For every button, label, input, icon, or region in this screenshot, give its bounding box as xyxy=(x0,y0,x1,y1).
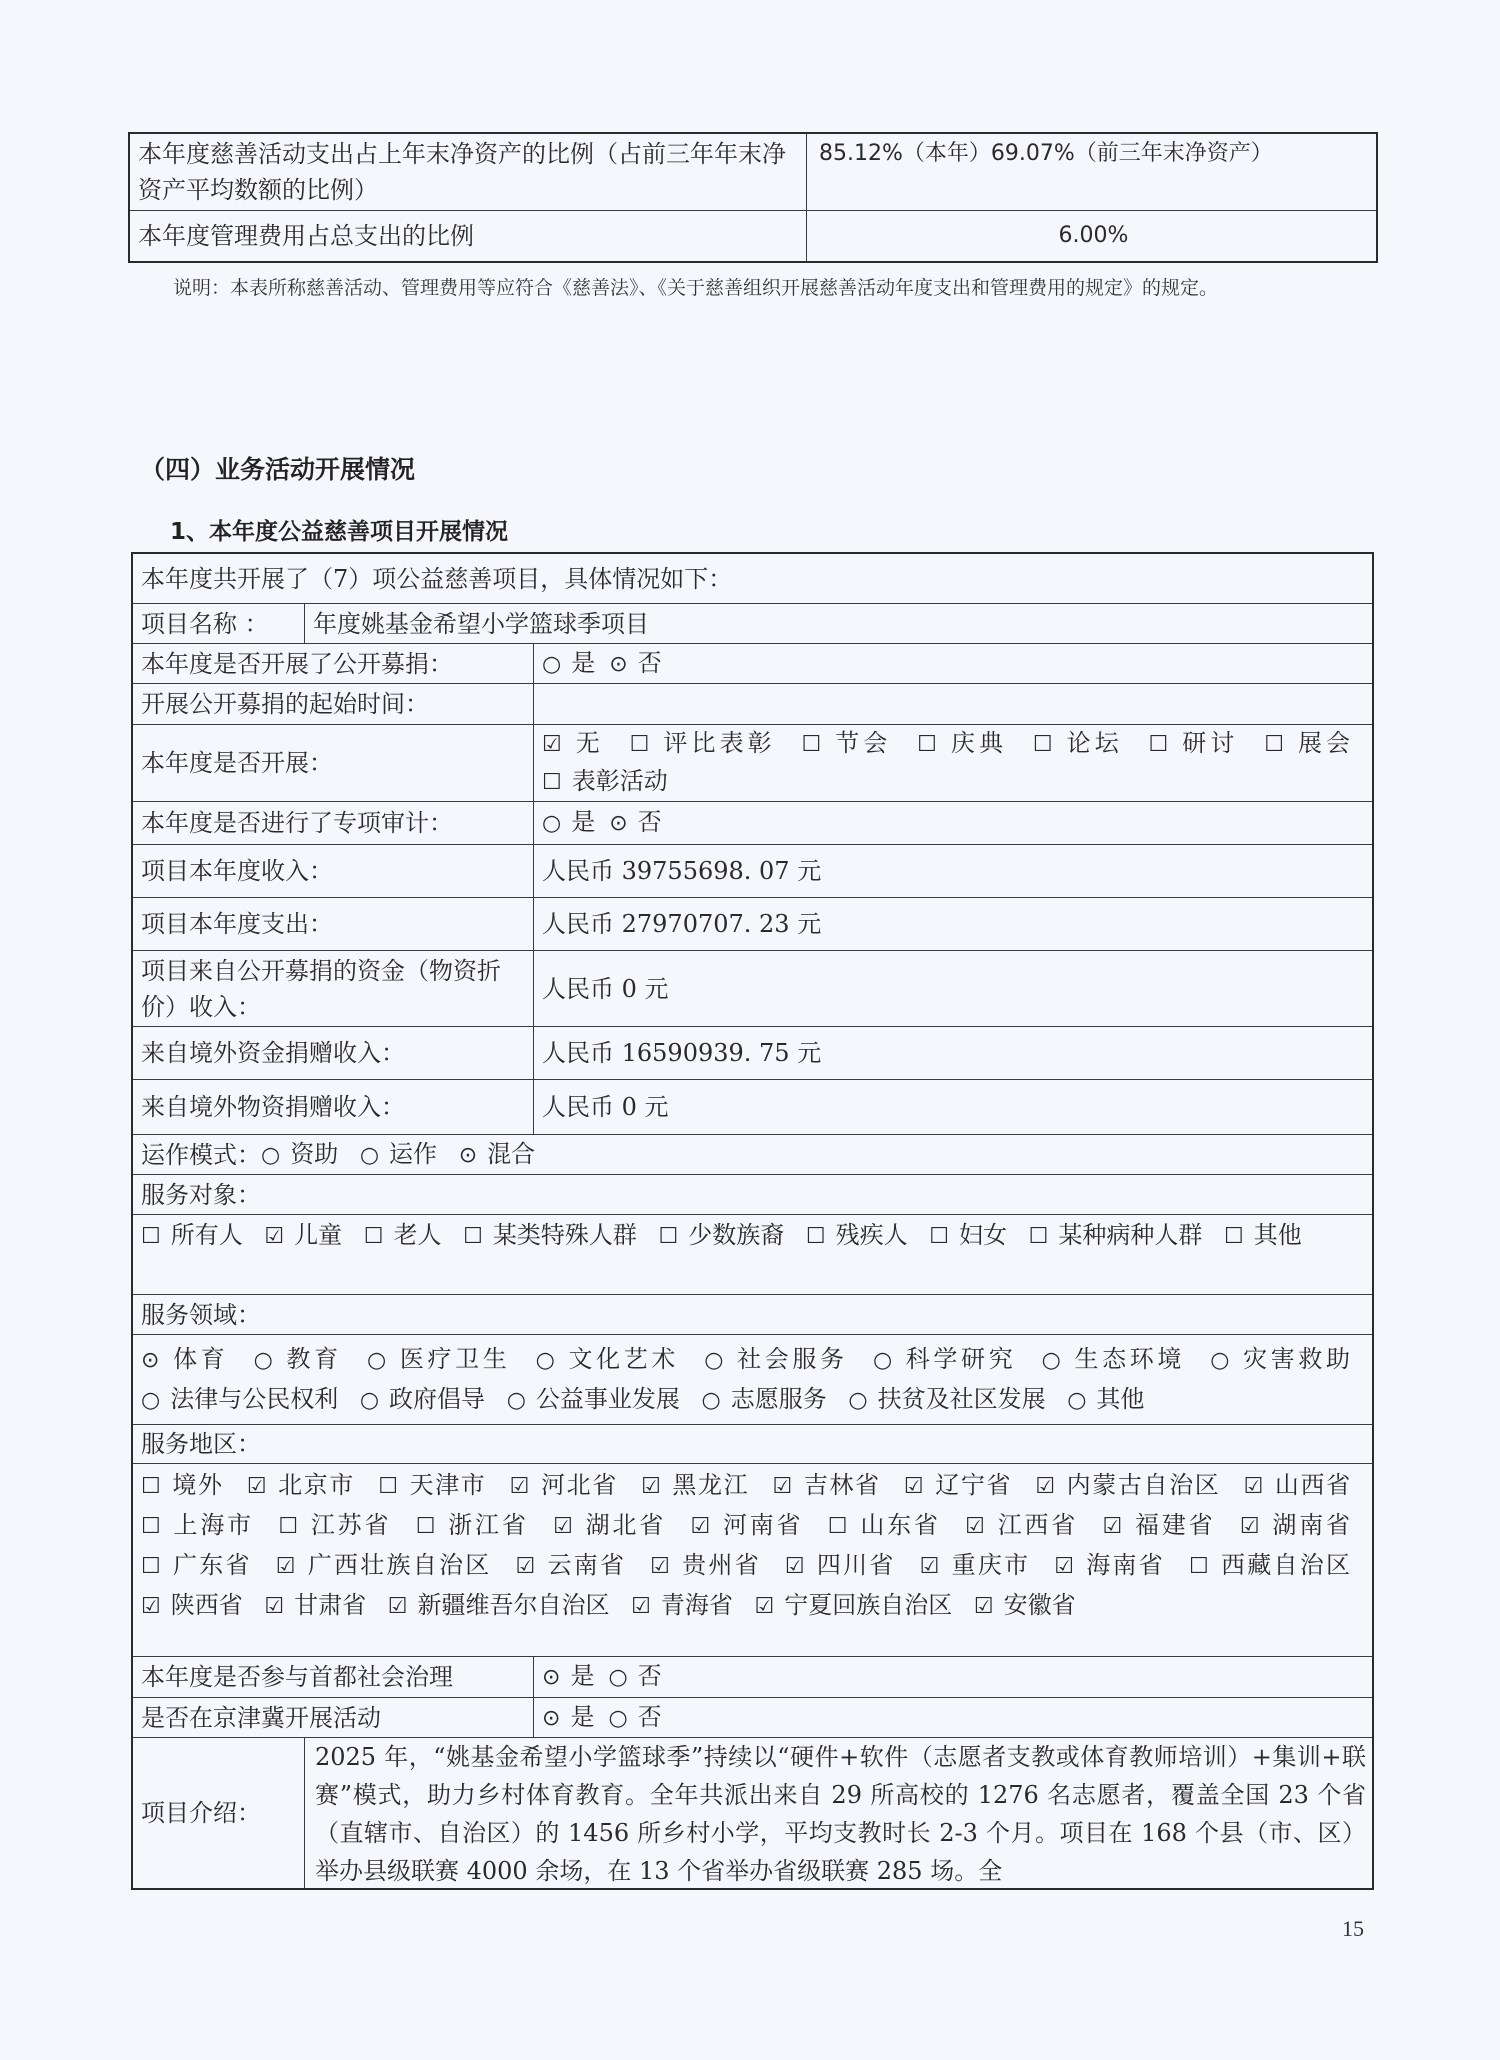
jingjinji-options: ⊙是 ○否 xyxy=(534,1698,1372,1737)
radio-option[interactable]: ○是 xyxy=(542,803,595,843)
option-label: 江苏省 xyxy=(308,1511,391,1539)
charity-expense-ratio-row: 本年度慈善活动支出占上年末净资产的比例（占前三年年末净资产平均数额的比例） 85… xyxy=(129,133,1377,211)
public-income-value: 人民币 0 元 xyxy=(534,951,1372,1026)
checkbox-option[interactable]: ☐庆典 xyxy=(917,729,1007,757)
management-fee-ratio-row: 本年度管理费用占总支出的比例 6.00% xyxy=(129,211,1377,263)
checkbox-checked-icon[interactable]: ☑ xyxy=(904,1468,924,1506)
option-label: 社会服务 xyxy=(734,1345,848,1373)
radio-unselected-icon[interactable]: ○ xyxy=(367,1341,386,1380)
option-label: 否 xyxy=(638,1703,662,1731)
option-label: 江西省 xyxy=(995,1511,1078,1539)
checkbox-unchecked-icon[interactable]: ☐ xyxy=(141,1468,161,1506)
radio-unselected-icon[interactable]: ○ xyxy=(702,1381,721,1420)
option-label: 节会 xyxy=(831,729,891,757)
radio-option[interactable]: ○是 xyxy=(542,644,595,684)
project-name-row: 项目名称 ： 年度姚基金希望小学篮球季项目 xyxy=(133,603,1372,643)
option-label: 河北省 xyxy=(539,1471,617,1499)
radio-option[interactable]: ○社会服务 xyxy=(704,1345,847,1373)
option-label: 浙江省 xyxy=(445,1511,528,1539)
fundraising-start-label: 开展公开募捐的起始时间： xyxy=(133,684,534,724)
operation-mode: 运作模式： ○资助 ○运作 ⊙混合 xyxy=(133,1135,1372,1174)
checkbox-option[interactable]: ☑青海省 xyxy=(631,1591,733,1619)
checkbox-option[interactable]: ☑吉林省 xyxy=(773,1471,881,1499)
option-label: 无 xyxy=(572,729,604,757)
overseas-goods-label: 来自境外物资捐赠收入： xyxy=(133,1080,534,1134)
checkbox-option[interactable]: ☑江西省 xyxy=(965,1511,1078,1539)
checkbox-checked-icon[interactable]: ☑ xyxy=(141,1588,161,1626)
overseas-cash-value: 人民币 16590939. 75 元 xyxy=(534,1027,1372,1079)
option-label: 是 xyxy=(571,808,595,836)
checkbox-option[interactable]: ☐残疾人 xyxy=(806,1221,908,1249)
special-audit-label: 本年度是否进行了专项审计： xyxy=(133,802,534,844)
checkbox-unchecked-icon[interactable]: ☐ xyxy=(1264,726,1284,763)
option-label: 体育 xyxy=(169,1345,228,1373)
option-label: 广西壮族自治区 xyxy=(305,1551,491,1579)
option-label: 政府倡导 xyxy=(389,1385,485,1413)
checkbox-unchecked-icon[interactable]: ☐ xyxy=(542,764,562,801)
checkbox-option[interactable]: ☑辽宁省 xyxy=(904,1471,1012,1499)
checkbox-checked-icon[interactable]: ☑ xyxy=(1240,1508,1260,1546)
radio-option[interactable]: ○扶贫及社区发展 xyxy=(848,1385,1045,1413)
checkbox-unchecked-icon[interactable]: ☐ xyxy=(141,1508,161,1546)
checkbox-option[interactable]: ☑福建省 xyxy=(1103,1511,1216,1539)
option-label: 论坛 xyxy=(1063,729,1123,757)
checkbox-option[interactable]: ☐江苏省 xyxy=(278,1511,391,1539)
checkbox-option[interactable]: ☐某类特殊人群 xyxy=(463,1221,637,1249)
option-label: 福建省 xyxy=(1132,1511,1215,1539)
checkbox-checked-icon[interactable]: ☑ xyxy=(553,1508,573,1546)
service-targets-options: ☐所有人 ☑儿童 ☐老人 ☐某类特殊人群 ☐少数族裔 ☐残疾人 ☐妇女 ☐某种病… xyxy=(133,1215,1372,1294)
option-label: 重庆市 xyxy=(949,1551,1030,1579)
option-label: 广东省 xyxy=(171,1551,252,1579)
service-regions-label: 服务地区： xyxy=(133,1425,1372,1463)
radio-unselected-icon[interactable]: ○ xyxy=(141,1381,160,1420)
radio-option[interactable]: ⊙否 xyxy=(609,644,661,684)
checkbox-unchecked-icon[interactable]: ☐ xyxy=(929,1218,949,1256)
option-label: 是 xyxy=(571,649,595,677)
option-label: 吉林省 xyxy=(802,1471,880,1499)
radio-unselected-icon[interactable]: ○ xyxy=(1042,1341,1061,1380)
checkbox-option[interactable]: ☑河北省 xyxy=(510,1471,618,1499)
radio-option[interactable]: ○科学研究 xyxy=(873,1345,1016,1373)
public-fundraising-label: 本年度是否开展了公开募捐： xyxy=(133,644,534,683)
option-label: 某类特殊人群 xyxy=(493,1221,637,1249)
service-targets-header-row: 服务对象： xyxy=(133,1174,1372,1214)
checkbox-checked-icon[interactable]: ☑ xyxy=(542,726,562,763)
checkbox-option[interactable]: ☐表彰活动 xyxy=(542,767,668,795)
checkbox-option[interactable]: ☑广西壮族自治区 xyxy=(276,1551,492,1579)
checkbox-option[interactable]: ☑云南省 xyxy=(515,1551,626,1579)
radio-unselected-icon[interactable]: ○ xyxy=(848,1381,867,1420)
option-label: 是 xyxy=(570,1703,594,1731)
public-fundraising-row: 本年度是否开展了公开募捐： ○是 ⊙否 xyxy=(133,643,1372,683)
checkbox-option[interactable]: ☑山西省 xyxy=(1244,1471,1351,1499)
radio-option[interactable]: ○灾害救助 xyxy=(1210,1345,1350,1373)
checkbox-unchecked-icon[interactable]: ☐ xyxy=(1033,726,1053,763)
option-label: 文化艺术 xyxy=(565,1345,679,1373)
radio-unselected-icon[interactable]: ○ xyxy=(360,1381,379,1420)
table-note: 说明：本表所称慈善活动、管理费用等应符合《慈善法》、《关于慈善组织开展慈善活动年… xyxy=(145,268,1375,308)
radio-unselected-icon[interactable]: ○ xyxy=(261,1137,280,1175)
option-label: 评比表彰 xyxy=(659,729,775,757)
checkbox-checked-icon[interactable]: ☑ xyxy=(264,1588,284,1626)
service-fields-label: 服务领域： xyxy=(133,1295,1372,1334)
service-regions-options: ☐境外 ☑北京市 ☐天津市 ☑河北省 ☑黑龙江 ☑吉林省 ☑辽宁省 ☑内蒙古自治… xyxy=(133,1464,1372,1656)
option-label: 甘肃省 xyxy=(294,1591,366,1619)
checkbox-checked-icon[interactable]: ☑ xyxy=(641,1468,661,1506)
checkbox-option[interactable]: ☐浙江省 xyxy=(416,1511,529,1539)
checkbox-option[interactable]: ☑甘肃省 xyxy=(264,1591,366,1619)
checkbox-option[interactable]: ☑四川省 xyxy=(785,1551,896,1579)
option-label: 法律与公民权利 xyxy=(170,1385,338,1413)
overseas-cash-label: 来自境外资金捐赠收入： xyxy=(133,1027,534,1079)
option-label: 天津市 xyxy=(408,1471,486,1499)
checkbox-option[interactable]: ☑重庆市 xyxy=(920,1551,1031,1579)
checkbox-unchecked-icon[interactable]: ☐ xyxy=(141,1548,161,1586)
checkbox-option[interactable]: ☑儿童 xyxy=(264,1221,342,1249)
checkbox-unchecked-icon[interactable]: ☐ xyxy=(630,726,650,763)
option-label: 山东省 xyxy=(858,1511,941,1539)
checkbox-option[interactable]: ☐论坛 xyxy=(1033,729,1123,757)
option-label: 上海市 xyxy=(171,1511,254,1539)
radio-selected-icon[interactable]: ⊙ xyxy=(609,805,627,843)
option-label: 宁夏回族自治区 xyxy=(784,1591,952,1619)
checkbox-checked-icon[interactable]: ☑ xyxy=(1035,1468,1055,1506)
radio-option[interactable]: ○文化艺术 xyxy=(536,1345,679,1373)
option-label: 陕西省 xyxy=(171,1591,243,1619)
checkbox-unchecked-icon[interactable]: ☐ xyxy=(801,726,821,763)
checkbox-option[interactable]: ☐研讨 xyxy=(1149,729,1239,757)
project-intro-label: 项目介绍： xyxy=(133,1738,305,1888)
option-label: 云南省 xyxy=(545,1551,626,1579)
radio-unselected-icon[interactable]: ○ xyxy=(536,1341,555,1380)
option-label: 青海省 xyxy=(661,1591,733,1619)
checkbox-option[interactable]: ☐天津市 xyxy=(378,1471,486,1499)
radio-selected-icon[interactable]: ⊙ xyxy=(609,646,627,684)
option-label: 湖南省 xyxy=(1270,1511,1350,1539)
option-label: 表彰活动 xyxy=(572,767,668,795)
checkbox-checked-icon[interactable]: ☑ xyxy=(920,1548,940,1586)
service-regions-header-row: 服务地区： xyxy=(133,1424,1372,1463)
fundraising-start-value xyxy=(534,684,1372,724)
option-label: 混合 xyxy=(487,1140,535,1168)
checkbox-checked-icon[interactable]: ☑ xyxy=(650,1548,670,1586)
checkbox-option[interactable]: ☑无 xyxy=(542,729,604,757)
radio-unselected-icon[interactable]: ○ xyxy=(608,1659,627,1697)
radio-option[interactable]: ○否 xyxy=(608,1698,661,1738)
expense-value: 人民币 27970707. 23 元 xyxy=(534,898,1372,950)
expense-row: 项目本年度支出： 人民币 27970707. 23 元 xyxy=(133,897,1372,950)
checkbox-option[interactable]: ☐上海市 xyxy=(141,1511,254,1539)
special-audit-row: 本年度是否进行了专项审计： ○是 ⊙否 xyxy=(133,801,1372,844)
option-label: 新疆维吾尔自治区 xyxy=(417,1591,609,1619)
operation-mode-row: 运作模式： ○资助 ○运作 ⊙混合 xyxy=(133,1134,1372,1174)
overseas-cash-row: 来自境外资金捐赠收入： 人民币 16590939. 75 元 xyxy=(133,1026,1372,1079)
option-label: 境外 xyxy=(171,1471,224,1499)
checkbox-option[interactable]: ☑新疆维吾尔自治区 xyxy=(388,1591,610,1619)
option-label: 内蒙古自治区 xyxy=(1065,1471,1220,1499)
section-title: （四）业务活动开展情况 xyxy=(140,450,415,486)
option-label: 西藏自治区 xyxy=(1219,1551,1350,1579)
radio-option[interactable]: ○医疗卫生 xyxy=(367,1345,510,1373)
checkbox-checked-icon[interactable]: ☑ xyxy=(1103,1508,1123,1546)
radio-option[interactable]: ○生态环境 xyxy=(1042,1345,1185,1373)
checkbox-option[interactable]: ☑陕西省 xyxy=(141,1591,243,1619)
checkbox-option[interactable]: ☑河南省 xyxy=(690,1511,803,1539)
checkbox-option[interactable]: ☐妇女 xyxy=(929,1221,1007,1249)
option-label: 海南省 xyxy=(1084,1551,1165,1579)
checkbox-unchecked-icon[interactable]: ☐ xyxy=(364,1218,384,1256)
checkbox-option[interactable]: ☐所有人 xyxy=(141,1221,243,1249)
management-fee-ratio-label: 本年度管理费用占总支出的比例 xyxy=(129,211,807,263)
public-fundraising-options: ○是 ⊙否 xyxy=(534,644,1372,683)
checkbox-checked-icon[interactable]: ☑ xyxy=(276,1548,296,1586)
checkbox-option[interactable]: ☑黑龙江 xyxy=(641,1471,749,1499)
radio-option[interactable]: ⊙否 xyxy=(609,803,661,843)
checkbox-checked-icon[interactable]: ☑ xyxy=(974,1588,994,1626)
radio-option[interactable]: ○否 xyxy=(608,1657,661,1697)
option-label: 湖北省 xyxy=(583,1511,666,1539)
checkbox-option[interactable]: ☑湖北省 xyxy=(553,1511,666,1539)
radio-option[interactable]: ○公益事业发展 xyxy=(507,1385,680,1413)
checkbox-checked-icon[interactable]: ☑ xyxy=(1244,1468,1264,1506)
radio-option[interactable]: ○志愿服务 xyxy=(702,1385,827,1413)
charity-expense-ratio-value: 85.12%（本年）69.07%（前三年末净资产） xyxy=(807,133,1378,211)
radio-option[interactable]: ⊙混合 xyxy=(459,1140,535,1168)
radio-unselected-icon[interactable]: ○ xyxy=(873,1341,892,1380)
checkbox-checked-icon[interactable]: ☑ xyxy=(965,1508,985,1546)
option-label: 庆典 xyxy=(947,729,1007,757)
option-label: 展会 xyxy=(1294,729,1350,757)
option-label: 否 xyxy=(638,1662,662,1690)
checkbox-checked-icon[interactable]: ☑ xyxy=(388,1588,408,1626)
checkbox-option[interactable]: ☐山东省 xyxy=(828,1511,941,1539)
option-label: 某种病种人群 xyxy=(1058,1221,1202,1249)
checkbox-option[interactable]: ☑湖南省 xyxy=(1240,1511,1350,1539)
checkbox-option[interactable]: ☐节会 xyxy=(801,729,891,757)
option-label: 残疾人 xyxy=(836,1221,908,1249)
option-label: 科学研究 xyxy=(902,1345,1016,1373)
radio-selected-icon[interactable]: ⊙ xyxy=(542,1659,560,1697)
option-label: 志愿服务 xyxy=(731,1385,827,1413)
radio-option[interactable]: ○资助 xyxy=(261,1140,338,1168)
option-label: 河南省 xyxy=(720,1511,803,1539)
option-label: 辽宁省 xyxy=(934,1471,1012,1499)
checkbox-unchecked-icon[interactable]: ☐ xyxy=(463,1218,483,1256)
radio-option[interactable]: ○政府倡导 xyxy=(360,1385,485,1413)
checkbox-unchecked-icon[interactable]: ☐ xyxy=(806,1218,826,1256)
operation-mode-options: ○资助 ○运作 ⊙混合 xyxy=(261,1135,535,1175)
activities-label: 本年度是否开展： xyxy=(133,725,534,801)
checkbox-checked-icon[interactable]: ☑ xyxy=(510,1468,530,1506)
checkbox-unchecked-icon[interactable]: ☐ xyxy=(917,726,937,763)
capital-governance-label: 本年度是否参与首都社会治理 xyxy=(133,1657,534,1697)
checkbox-unchecked-icon[interactable]: ☐ xyxy=(1224,1218,1244,1256)
checkbox-unchecked-icon[interactable]: ☐ xyxy=(278,1508,298,1546)
option-label: 北京市 xyxy=(277,1471,355,1499)
option-label: 灾害救助 xyxy=(1239,1345,1350,1373)
activities-options: ☑无 ☐评比表彰 ☐节会 ☐庆典 ☐论坛 ☐研讨 ☐展会 ☐表彰活动 xyxy=(534,725,1372,801)
checkbox-checked-icon[interactable]: ☑ xyxy=(1054,1548,1074,1586)
option-label: 其他 xyxy=(1096,1385,1144,1413)
section-subtitle: 1、本年度公益慈善项目开展情况 xyxy=(170,513,508,546)
checkbox-option[interactable]: ☑宁夏回族自治区 xyxy=(755,1591,953,1619)
radio-selected-icon[interactable]: ⊙ xyxy=(459,1137,477,1175)
checkbox-option[interactable]: ☑内蒙古自治区 xyxy=(1035,1471,1220,1499)
operation-mode-label: 运作模式： xyxy=(141,1136,261,1174)
checkbox-checked-icon[interactable]: ☑ xyxy=(247,1468,267,1506)
radio-unselected-icon[interactable]: ○ xyxy=(608,1700,627,1738)
overseas-goods-value: 人民币 0 元 xyxy=(534,1080,1372,1134)
checkbox-unchecked-icon[interactable]: ☐ xyxy=(141,1218,161,1256)
service-regions-row: ☐境外 ☑北京市 ☐天津市 ☑河北省 ☑黑龙江 ☑吉林省 ☑辽宁省 ☑内蒙古自治… xyxy=(133,1463,1372,1656)
option-label: 医疗卫生 xyxy=(396,1345,510,1373)
project-table: 本年度共开展了（7）项公益慈善项目，具体情况如下： 项目名称 ： 年度姚基金希望… xyxy=(131,552,1374,1890)
charity-expense-ratio-label: 本年度慈善活动支出占上年末净资产的比例（占前三年年末净资产平均数额的比例） xyxy=(129,133,807,211)
checkbox-unchecked-icon[interactable]: ☐ xyxy=(659,1218,679,1256)
service-targets-row: ☐所有人 ☑儿童 ☐老人 ☐某类特殊人群 ☐少数族裔 ☐残疾人 ☐妇女 ☐某种病… xyxy=(133,1214,1372,1294)
jingjinji-row: 是否在京津冀开展活动 ⊙是 ○否 xyxy=(133,1697,1372,1737)
special-audit-options: ○是 ⊙否 xyxy=(534,802,1372,844)
radio-unselected-icon[interactable]: ○ xyxy=(360,1137,379,1175)
option-label: 少数族裔 xyxy=(688,1221,784,1249)
checkbox-unchecked-icon[interactable]: ☐ xyxy=(378,1468,398,1506)
checkbox-checked-icon[interactable]: ☑ xyxy=(755,1588,775,1626)
service-fields-row: ⊙体育 ○教育 ○医疗卫生 ○文化艺术 ○社会服务 ○科学研究 ○生态环境 ○灾… xyxy=(133,1334,1372,1424)
checkbox-checked-icon[interactable]: ☑ xyxy=(785,1548,805,1586)
radio-option[interactable]: ○教育 xyxy=(254,1345,342,1373)
radio-option[interactable]: ○其他 xyxy=(1067,1385,1144,1413)
income-value: 人民币 39755698. 07 元 xyxy=(534,845,1372,897)
jingjinji-label: 是否在京津冀开展活动 xyxy=(133,1698,534,1737)
radio-option[interactable]: ⊙体育 xyxy=(141,1345,228,1373)
radio-unselected-icon[interactable]: ○ xyxy=(507,1381,526,1420)
income-row: 项目本年度收入： 人民币 39755698. 07 元 xyxy=(133,844,1372,897)
checkbox-checked-icon[interactable]: ☑ xyxy=(264,1218,284,1256)
option-label: 研讨 xyxy=(1178,729,1238,757)
radio-unselected-icon[interactable]: ○ xyxy=(542,805,561,843)
capital-governance-options: ⊙是 ○否 xyxy=(534,1657,1372,1697)
checkbox-unchecked-icon[interactable]: ☐ xyxy=(828,1508,848,1546)
option-label: 教育 xyxy=(283,1345,342,1373)
checkbox-unchecked-icon[interactable]: ☐ xyxy=(416,1508,436,1546)
radio-option[interactable]: ○法律与公民权利 xyxy=(141,1385,338,1413)
income-label: 项目本年度收入： xyxy=(133,845,534,897)
radio-option[interactable]: ⊙是 xyxy=(542,1698,594,1738)
checkbox-option[interactable]: ☑北京市 xyxy=(247,1471,355,1499)
option-label: 生态环境 xyxy=(1071,1345,1185,1373)
option-label: 公益事业发展 xyxy=(536,1385,680,1413)
option-label: 儿童 xyxy=(294,1221,342,1249)
checkbox-option[interactable]: ☑安徽省 xyxy=(974,1591,1076,1619)
option-label: 黑龙江 xyxy=(671,1471,749,1499)
public-income-label: 项目来自公开募捐的资金（物资折价）收入： xyxy=(133,951,534,1026)
project-intro-row: 项目介绍： 2025 年，“姚基金希望小学篮球季”持续以“硬件+软件（志愿者支教… xyxy=(133,1737,1372,1888)
checkbox-option[interactable]: ☑海南省 xyxy=(1054,1551,1165,1579)
checkbox-option[interactable]: ☐广东省 xyxy=(141,1551,252,1579)
checkbox-unchecked-icon[interactable]: ☐ xyxy=(1029,1218,1049,1256)
checkbox-checked-icon[interactable]: ☑ xyxy=(773,1468,793,1506)
page-number: 15 xyxy=(1342,1916,1364,1942)
radio-option[interactable]: ⊙是 xyxy=(542,1657,594,1697)
radio-selected-icon[interactable]: ⊙ xyxy=(542,1700,560,1738)
option-label: 否 xyxy=(638,808,662,836)
project-name-value: 年度姚基金希望小学篮球季项目 xyxy=(305,604,1372,643)
management-fee-ratio-value: 6.00% xyxy=(807,211,1378,263)
radio-unselected-icon[interactable]: ○ xyxy=(542,646,561,684)
radio-unselected-icon[interactable]: ○ xyxy=(1210,1341,1229,1380)
checkbox-option[interactable]: ☐其他 xyxy=(1224,1221,1302,1249)
fundraising-start-row: 开展公开募捐的起始时间： xyxy=(133,683,1372,724)
checkbox-option[interactable]: ☐展会 xyxy=(1264,729,1350,757)
option-label: 资助 xyxy=(290,1140,338,1168)
option-label: 四川省 xyxy=(815,1551,896,1579)
project-summary: 本年度共开展了（7）项公益慈善项目，具体情况如下： xyxy=(133,554,1372,603)
service-targets-label: 服务对象： xyxy=(133,1175,1372,1214)
radio-unselected-icon[interactable]: ○ xyxy=(704,1341,723,1380)
option-label: 扶贫及社区发展 xyxy=(878,1385,1046,1413)
service-fields-options: ⊙体育 ○教育 ○医疗卫生 ○文化艺术 ○社会服务 ○科学研究 ○生态环境 ○灾… xyxy=(133,1335,1372,1424)
project-name-label: 项目名称 ： xyxy=(133,604,305,643)
capital-governance-row: 本年度是否参与首都社会治理 ⊙是 ○否 xyxy=(133,1656,1372,1697)
checkbox-checked-icon[interactable]: ☑ xyxy=(631,1588,651,1626)
option-label: 老人 xyxy=(393,1221,441,1249)
expense-label: 项目本年度支出： xyxy=(133,898,534,950)
option-label: 安徽省 xyxy=(1004,1591,1076,1619)
checkbox-checked-icon[interactable]: ☑ xyxy=(690,1508,710,1546)
public-income-row: 项目来自公开募捐的资金（物资折价）收入： 人民币 0 元 xyxy=(133,950,1372,1026)
option-label: 是 xyxy=(570,1662,594,1690)
option-label: 妇女 xyxy=(959,1221,1007,1249)
expense-ratio-table: 本年度慈善活动支出占上年末净资产的比例（占前三年年末净资产平均数额的比例） 85… xyxy=(128,132,1378,263)
option-label: 贵州省 xyxy=(680,1551,761,1579)
service-fields-header-row: 服务领域： xyxy=(133,1294,1372,1334)
checkbox-option[interactable]: ☐境外 xyxy=(141,1471,224,1499)
checkbox-option[interactable]: ☐老人 xyxy=(364,1221,442,1249)
checkbox-option[interactable]: ☐少数族裔 xyxy=(659,1221,785,1249)
option-label: 山西省 xyxy=(1273,1471,1350,1499)
option-label: 否 xyxy=(638,649,662,677)
option-label: 其他 xyxy=(1254,1221,1302,1249)
radio-selected-icon[interactable]: ⊙ xyxy=(141,1341,159,1380)
checkbox-checked-icon[interactable]: ☑ xyxy=(515,1548,535,1586)
project-intro-text: 2025 年，“姚基金希望小学篮球季”持续以“硬件+软件（志愿者支教或体育教师培… xyxy=(305,1738,1372,1888)
project-summary-row: 本年度共开展了（7）项公益慈善项目，具体情况如下： xyxy=(133,554,1372,603)
radio-unselected-icon[interactable]: ○ xyxy=(1067,1381,1086,1420)
checkbox-unchecked-icon[interactable]: ☐ xyxy=(1189,1548,1209,1586)
radio-option[interactable]: ○运作 xyxy=(360,1140,437,1168)
option-label: 所有人 xyxy=(171,1221,243,1249)
checkbox-unchecked-icon[interactable]: ☐ xyxy=(1149,726,1169,763)
option-label: 运作 xyxy=(389,1140,437,1168)
checkbox-option[interactable]: ☐西藏自治区 xyxy=(1189,1551,1350,1579)
checkbox-option[interactable]: ☑贵州省 xyxy=(650,1551,761,1579)
activities-row: 本年度是否开展： ☑无 ☐评比表彰 ☐节会 ☐庆典 ☐论坛 ☐研讨 ☐展会 ☐表… xyxy=(133,724,1372,801)
checkbox-option[interactable]: ☐评比表彰 xyxy=(630,729,776,757)
overseas-goods-row: 来自境外物资捐赠收入： 人民币 0 元 xyxy=(133,1079,1372,1134)
checkbox-option[interactable]: ☐某种病种人群 xyxy=(1029,1221,1203,1249)
radio-unselected-icon[interactable]: ○ xyxy=(254,1341,273,1380)
